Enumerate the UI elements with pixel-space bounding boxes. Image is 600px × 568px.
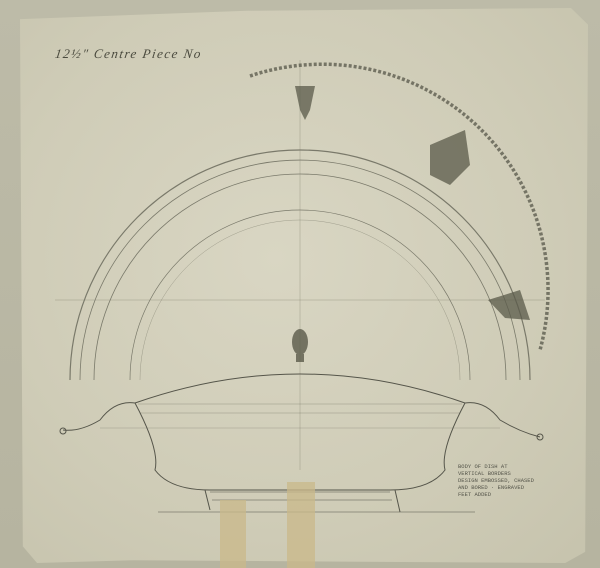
finial (292, 329, 308, 362)
drawing-title: 12½" Centre Piece No (54, 46, 203, 62)
ornament-pendant-right-lower (488, 290, 530, 320)
right-handle (465, 403, 540, 437)
note-line: Body of dish at (458, 463, 588, 470)
ornament-pendant-top (295, 86, 315, 120)
note-line: and Bored · Engraved (458, 484, 588, 491)
ornament-pendant-right-upper (430, 130, 470, 185)
note-line: Feet added (458, 491, 588, 498)
left-handle (63, 403, 135, 431)
note-line: vertical Borders (458, 470, 588, 477)
tape-strip-right (287, 482, 315, 568)
left-handle-terminal (60, 428, 66, 434)
note-line: design embossed, Chased (458, 477, 588, 484)
tape-strip-left (220, 500, 246, 568)
annotation-note: Body of dish at vertical Borders design … (458, 463, 588, 498)
